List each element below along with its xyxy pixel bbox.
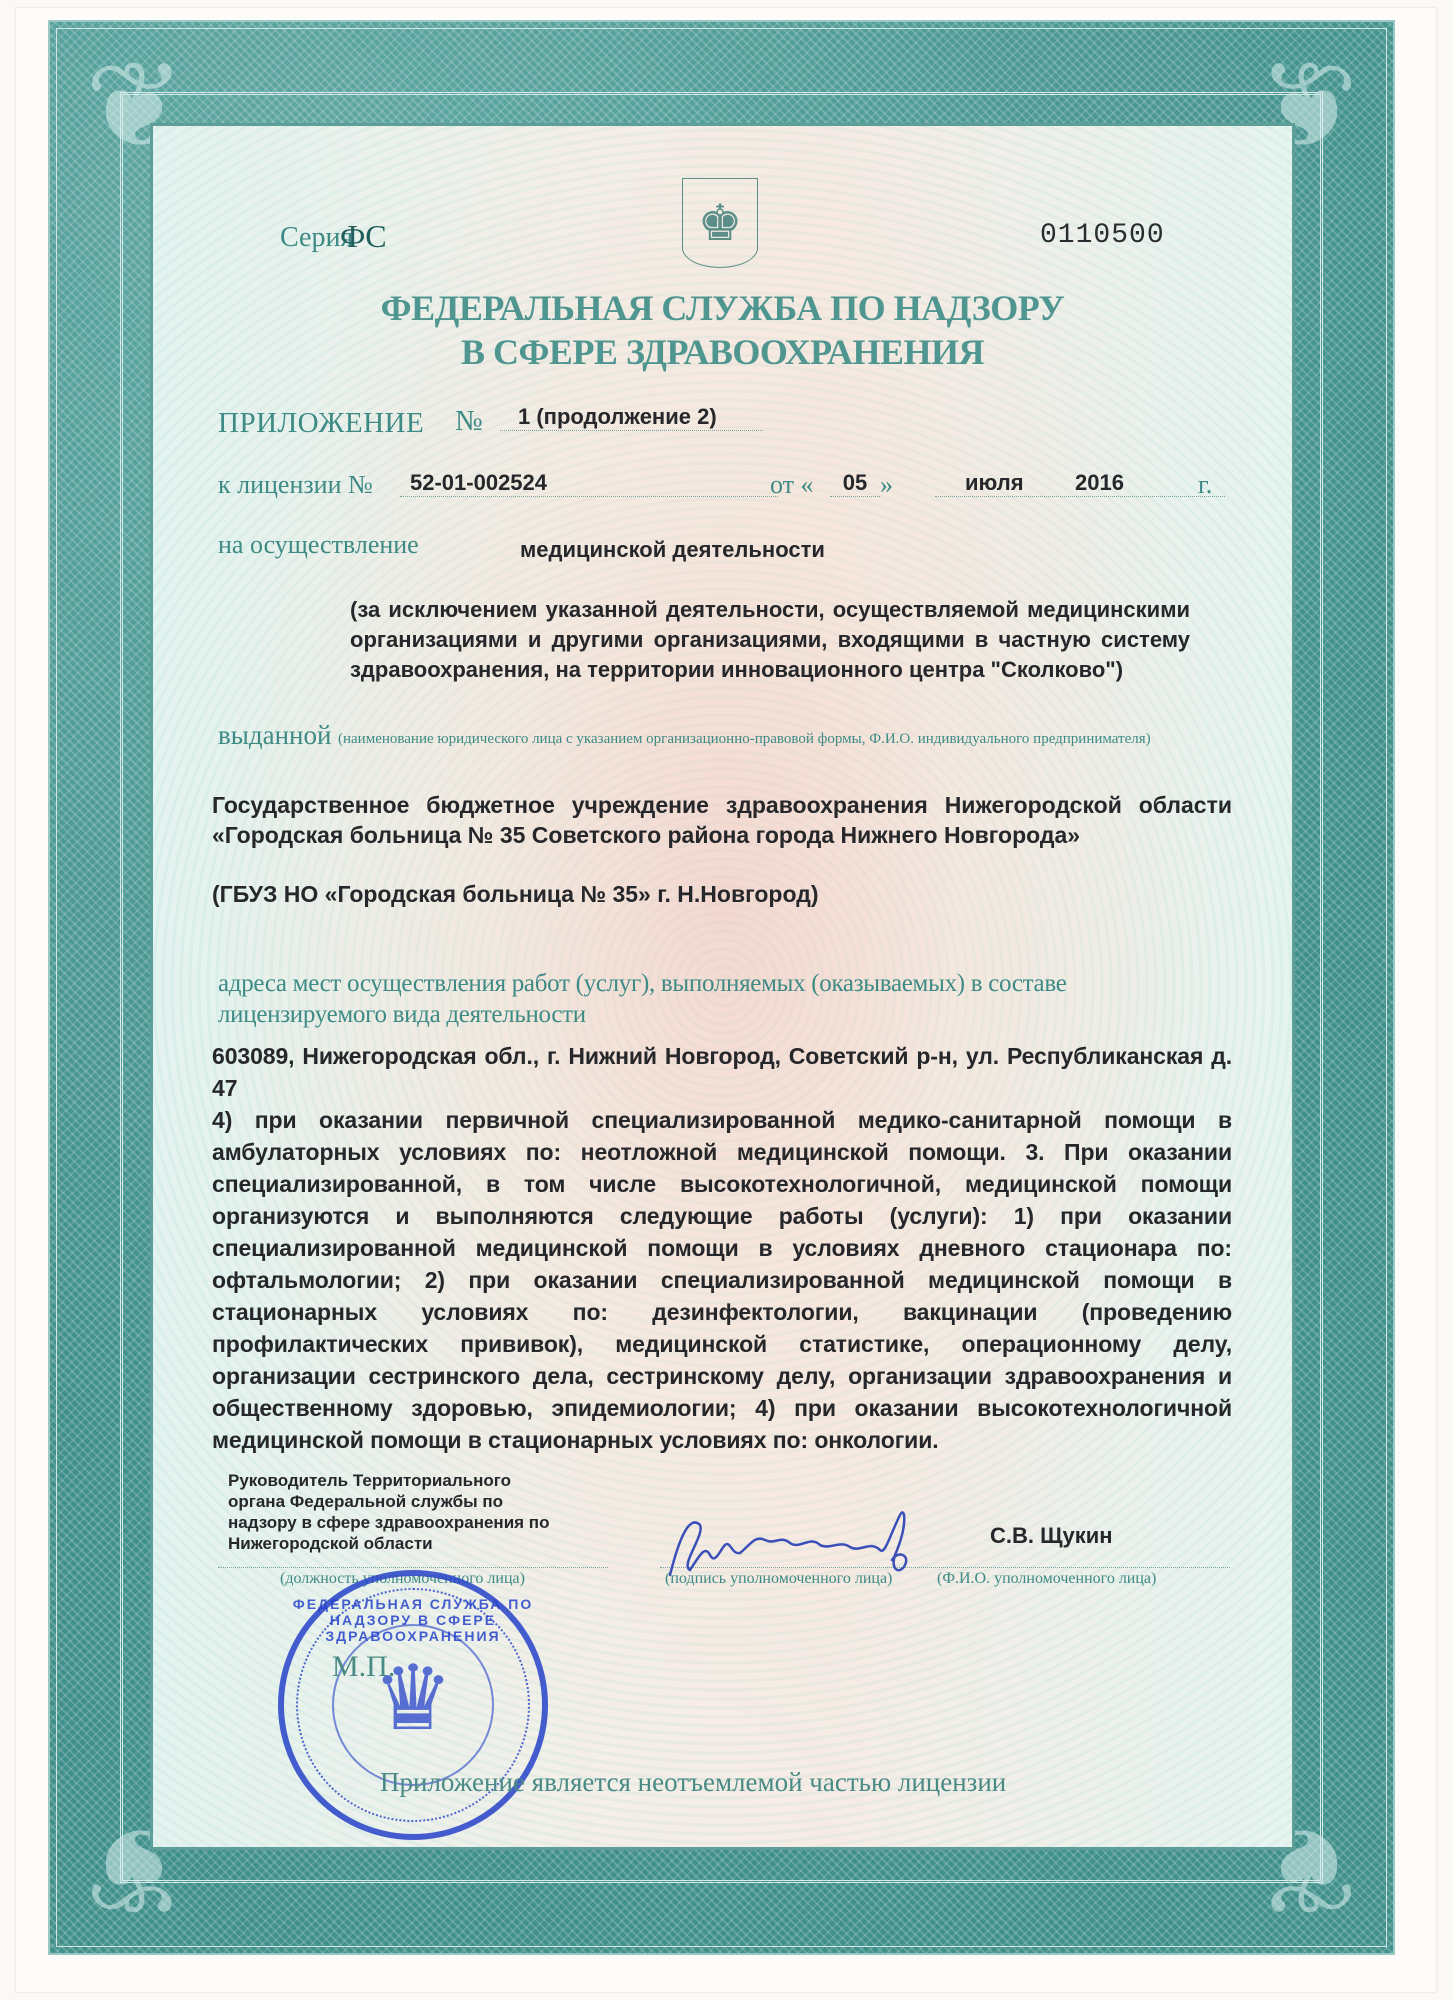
- handwritten-signature-icon: [660, 1495, 1000, 1585]
- license-year: 2016: [1075, 470, 1124, 496]
- license-label: к лицензии №: [218, 470, 373, 500]
- issued-to-hint: (наименование юридического лица с указан…: [338, 726, 1228, 752]
- appendix-number-sign: №: [455, 405, 483, 438]
- issuer-title-line2: В СФЕРЕ ЗДРАВООХРАНЕНИЯ: [150, 331, 1295, 373]
- issued-to-label: выданной: [218, 720, 331, 751]
- organization-name: Государственное бюджетное учреждение здр…: [212, 790, 1232, 850]
- activity-value: медицинской деятельности: [520, 537, 825, 563]
- signer-position: Руководитель Территориального органа Фед…: [228, 1470, 558, 1554]
- coat-of-arms-icon: ♚: [682, 178, 758, 268]
- license-from-label: от «: [770, 470, 814, 500]
- seal-place-label: М.П.: [332, 1650, 395, 1684]
- activity-label: на осуществление: [218, 530, 419, 560]
- signer-name: С.В. Щукин: [990, 1523, 1113, 1549]
- organization-short-name: (ГБУЗ НО «Городская больница № 35» г. Н.…: [212, 881, 818, 908]
- address: 603089, Нижегородская обл., г. Нижний Но…: [212, 1040, 1232, 1104]
- license-number: 52-01-002524: [400, 470, 778, 497]
- footer-note: Приложение является неотъемлемой частью …: [380, 1767, 1006, 1798]
- double-headed-eagle-icon: ♛: [284, 1646, 542, 1751]
- issuer-title-line1: ФЕДЕРАЛЬНАЯ СЛУЖБА ПО НАДЗОРУ: [150, 287, 1295, 329]
- seal-text: ФЕДЕРАЛЬНАЯ СЛУЖБА ПО НАДЗОРУ В СФЕРЕ ЗД…: [284, 1596, 542, 1644]
- license-year-suffix: г.: [1198, 470, 1212, 500]
- official-seal: ФЕДЕРАЛЬНАЯ СЛУЖБА ПО НАДЗОРУ В СФЕРЕ ЗД…: [278, 1570, 548, 1840]
- services: 4) при оказании первичной специализирова…: [212, 1104, 1232, 1456]
- form-number: 0110500: [1040, 220, 1165, 251]
- series-value: ФС: [340, 218, 387, 255]
- appendix-value: 1 (продолжение 2): [500, 404, 763, 431]
- license-day: 05: [830, 470, 880, 497]
- license-quote: »: [880, 470, 893, 500]
- appendix-label: ПРИЛОЖЕНИЕ: [218, 407, 424, 440]
- addresses-label: адреса мест осуществления работ (услуг),…: [218, 968, 1238, 1030]
- address-and-services: 603089, Нижегородская обл., г. Нижний Но…: [212, 1040, 1232, 1456]
- activity-exclusion: (за исключением указанной деятельности, …: [350, 595, 1190, 685]
